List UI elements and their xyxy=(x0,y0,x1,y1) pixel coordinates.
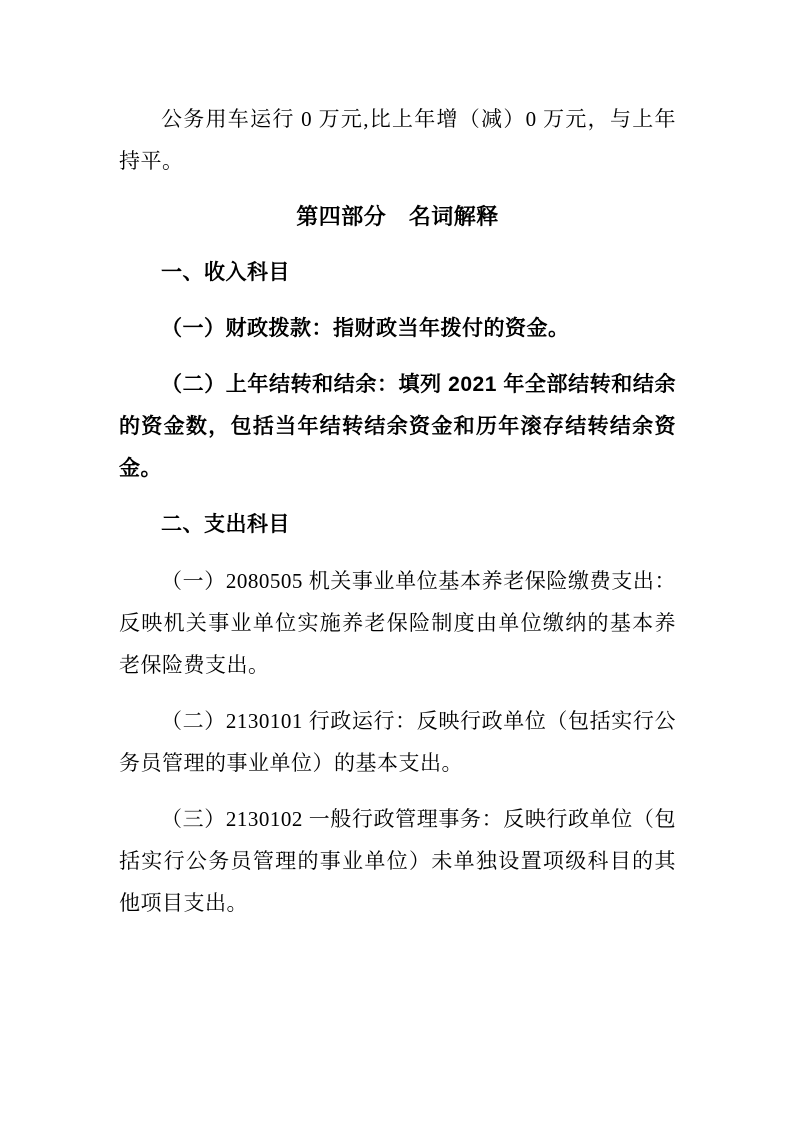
subheading-income-items: 一、收入科目 xyxy=(119,252,676,294)
para-administrative-operation-definition: （二）2130101 行政运行：反映行政单位（包括实行公务员管理的事业单位）的基… xyxy=(119,700,676,784)
para-official-vehicle-cost: 公务用车运行 0 万元,比上年增（减）0 万元，与上年持平。 xyxy=(119,98,676,182)
para-pension-contribution-definition: （一）2080505 机关事业单位基本养老保险缴费支出：反映机关事业单位实施养老… xyxy=(119,560,676,686)
para-fiscal-appropriation-definition: （一）财政拨款：指财政当年拨付的资金。 xyxy=(119,308,676,350)
document-page: 公务用车运行 0 万元,比上年增（减）0 万元，与上年持平。 第四部分 名词解释… xyxy=(0,0,793,1122)
section-title: 第四部分 名词解释 xyxy=(119,196,676,238)
para-carryover-surplus-definition: （二）上年结转和结余：填列 2021 年全部结转和结余的资金数，包括当年结转结余… xyxy=(119,364,676,490)
subheading-expenditure-items: 二、支出科目 xyxy=(119,504,676,546)
para-general-admin-affairs-definition: （三）2130102 一般行政管理事务：反映行政单位（包括实行公务员管理的事业单… xyxy=(119,798,676,924)
